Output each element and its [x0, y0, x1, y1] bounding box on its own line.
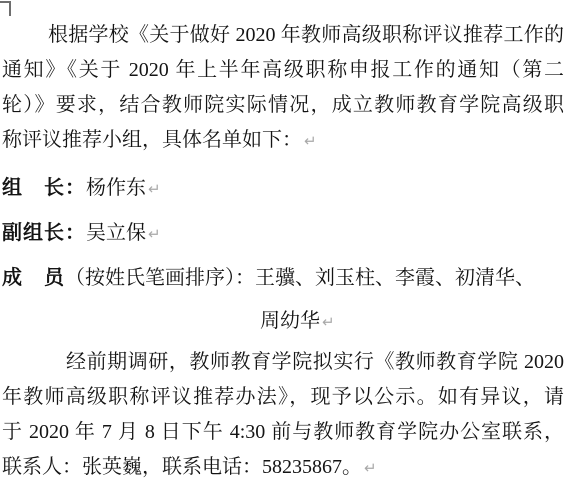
- paragraph-mark-icon: ↵: [304, 134, 317, 150]
- committee-roster: 组 长：杨作东↵ 副组长：吴立保↵ 成 员（按姓氏笔画排序）：王骥、刘玉柱、李霞…: [2, 167, 564, 345]
- paragraph-mark-icon: ↵: [364, 461, 377, 477]
- closing-line-1: 经前期调研，教师教育学院拟实行《教师教育学院 2020: [2, 345, 564, 380]
- closing-paragraph: 经前期调研，教师教育学院拟实行《教师教育学院 2020 年教师高级职称评议推荐办…: [2, 345, 564, 487]
- leader-label: 组 长：: [2, 177, 86, 199]
- closing-line-2: 年教师高级职称评议推荐办法》，现予以公示。如有异议，请: [2, 380, 564, 415]
- deputy-name: 吴立保: [86, 222, 146, 244]
- intro-paragraph: 根据学校《关于做好 2020 年教师高级职称评议推荐工作的 通知》《关于 202…: [2, 18, 564, 160]
- intro-line-2: 通知》《关于 2020 年上半年高级职称申报工作的通知（第二: [2, 53, 564, 88]
- role-line-members: 成 员（按姓氏笔画排序）：王骥、刘玉柱、李霞、初清华、: [2, 257, 564, 300]
- closing-line-3: 于 2020 年 7 月 8 日下午 4:30 前与教师教育学院办公室联系，: [2, 415, 564, 450]
- intro-line-4: 称评议推荐小组，具体名单如下：↵: [2, 123, 564, 160]
- role-line-deputy: 副组长：吴立保↵: [2, 212, 564, 257]
- leader-name: 杨作东: [86, 177, 146, 199]
- paragraph-mark-icon: ↵: [148, 227, 161, 243]
- closing-line-4-text: 联系人：张英巍，联系电话：58235867。: [2, 456, 362, 478]
- deputy-label: 副组长：: [2, 222, 86, 244]
- intro-line-3: 轮）》要求，结合教师院实际情况，成立教师教育学院高级职: [2, 88, 564, 123]
- members-names-line1: 王骥、刘玉柱、李霞、初清华、: [255, 267, 535, 289]
- members-names-line2: 周幼华: [260, 310, 320, 332]
- intro-line-4-text: 称评议推荐小组，具体名单如下：: [2, 129, 302, 151]
- members-label: 成 员: [2, 267, 65, 289]
- paragraph-mark-icon: ↵: [322, 315, 335, 331]
- intro-line-1: 根据学校《关于做好 2020 年教师高级职称评议推荐工作的: [2, 18, 564, 53]
- closing-line-4: 联系人：张英巍，联系电话：58235867。↵: [2, 450, 564, 487]
- role-line-members-wrap: 周幼华↵: [2, 300, 564, 345]
- paragraph-mark-icon: ↵: [148, 182, 161, 198]
- role-line-leader: 组 长：杨作东↵: [2, 167, 564, 212]
- members-sort-note: （按姓氏笔画排序）：: [65, 267, 255, 289]
- document-page: 根据学校《关于做好 2020 年教师高级职称评议推荐工作的 通知》《关于 202…: [0, 0, 569, 487]
